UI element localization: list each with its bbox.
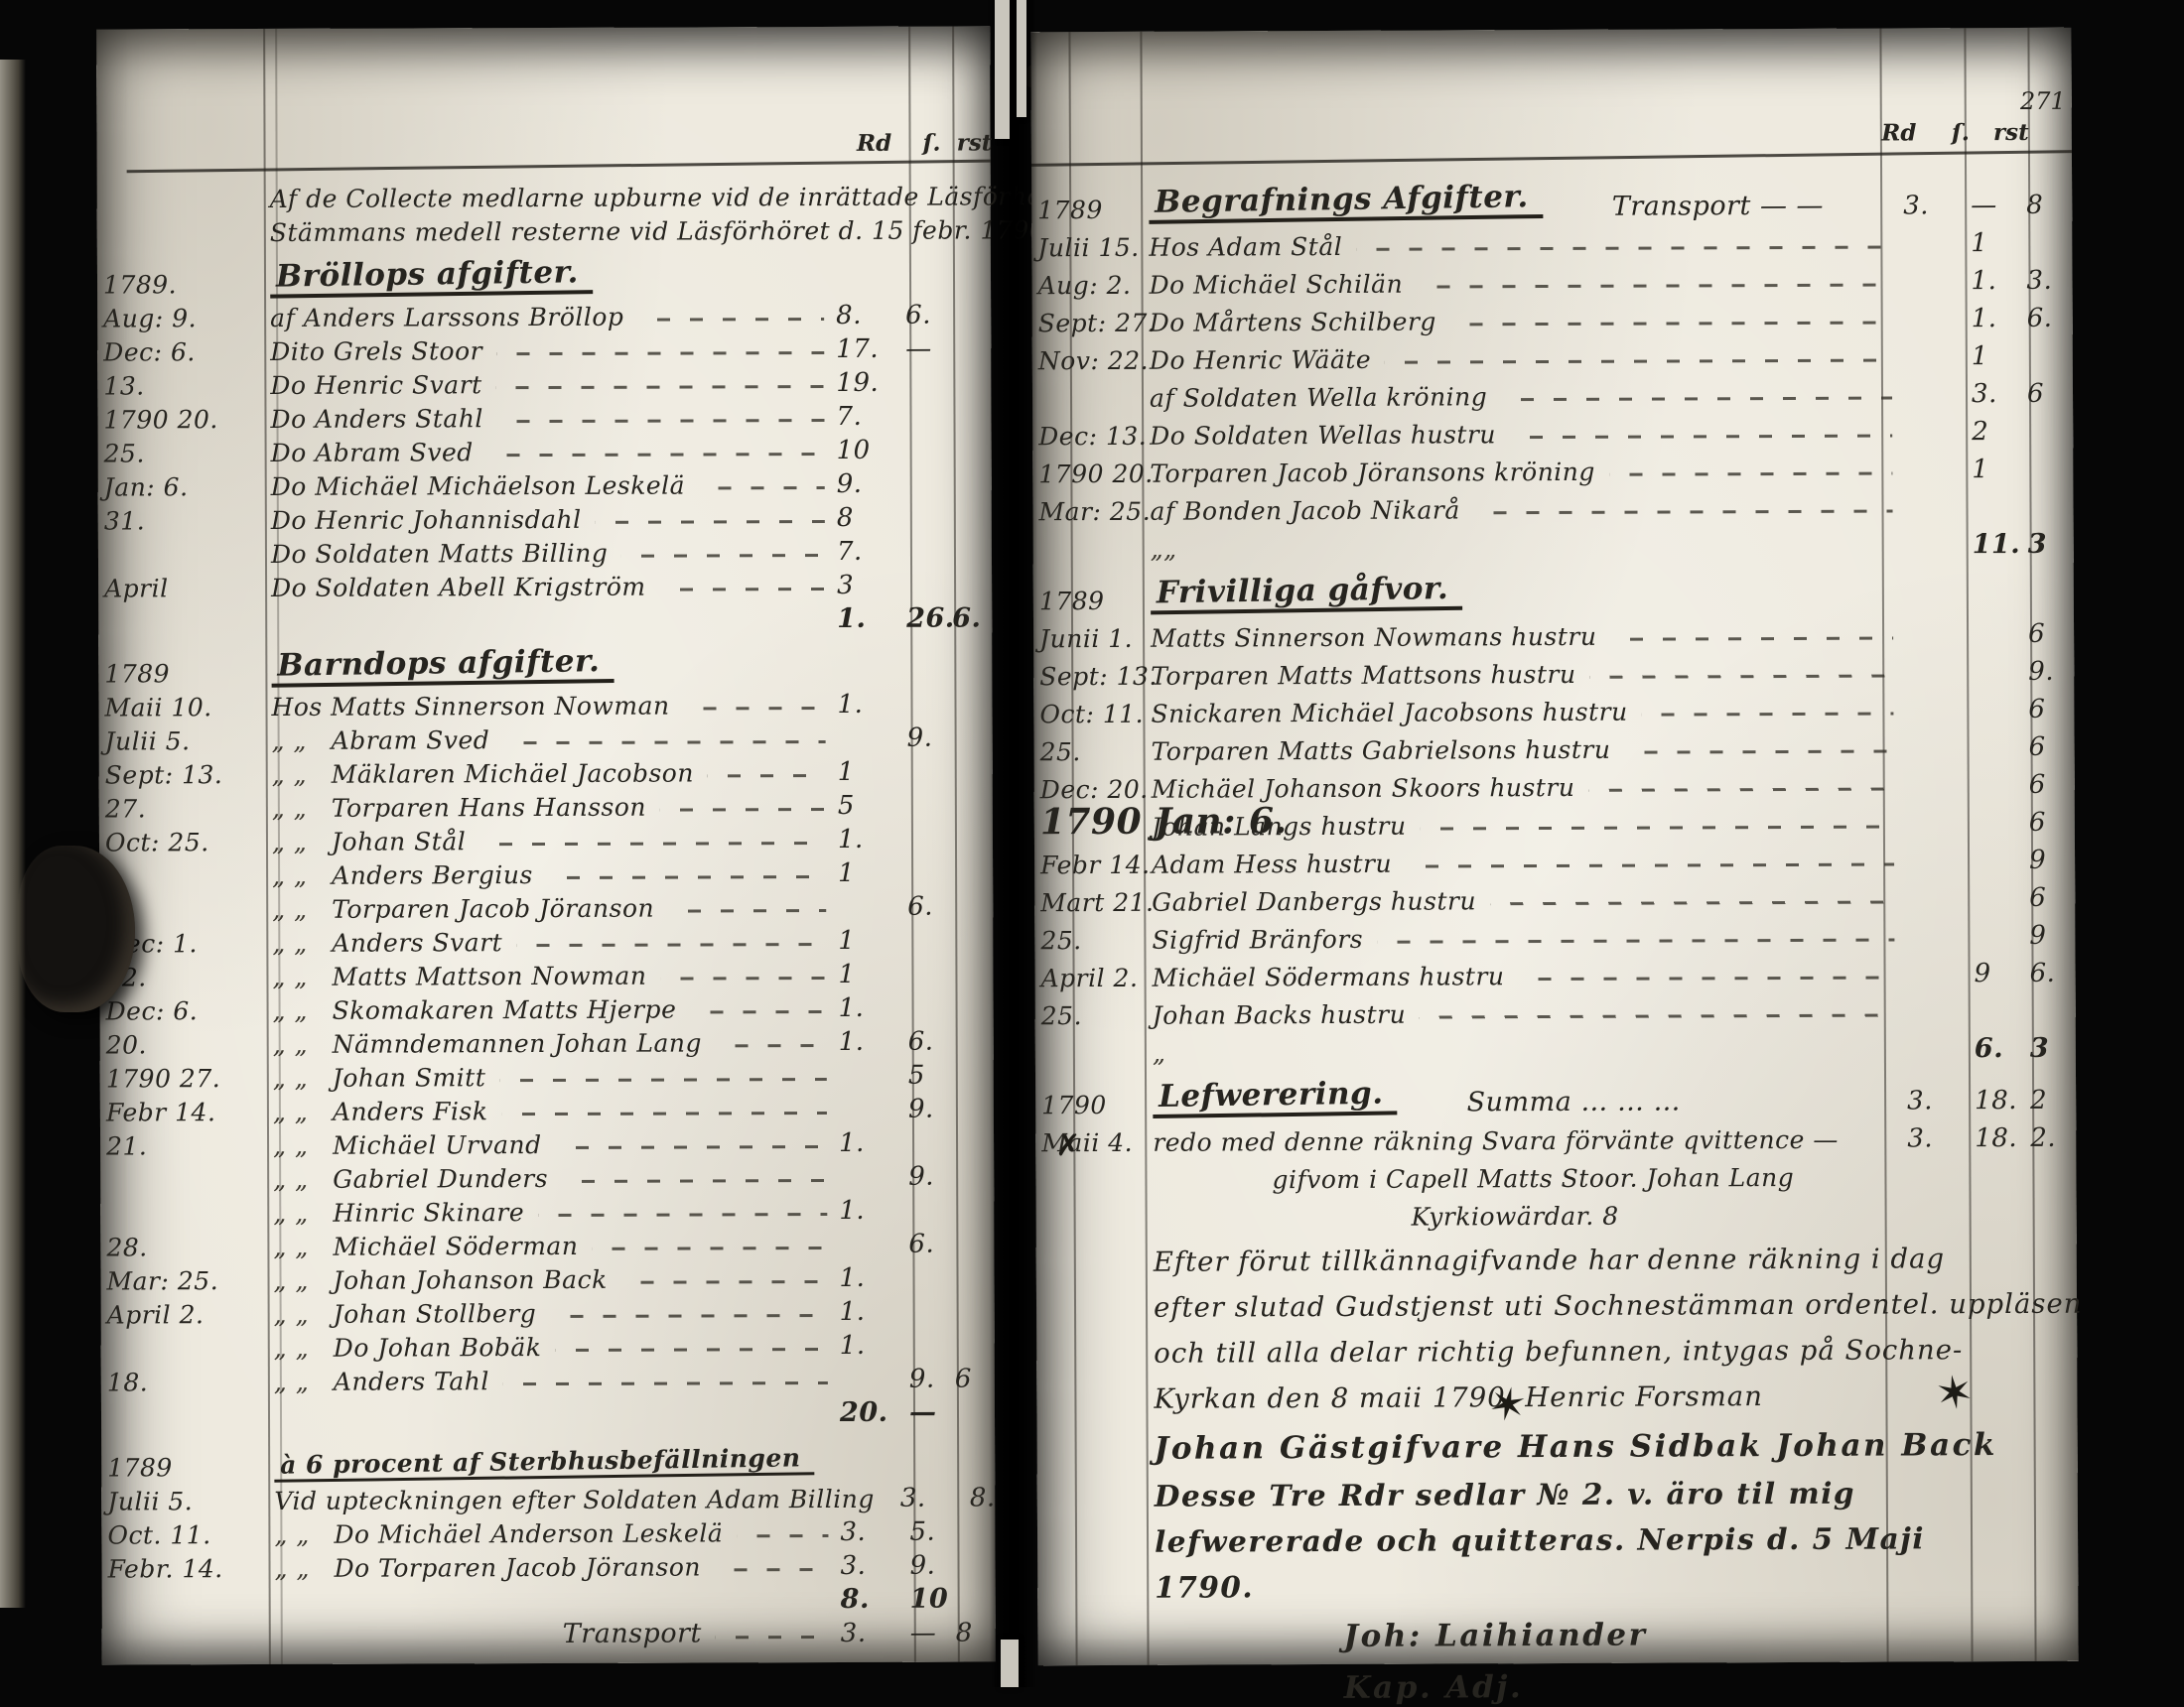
dash-leader bbox=[1450, 317, 1892, 330]
col-rst: rst bbox=[1988, 119, 2034, 146]
dash-leader bbox=[1356, 241, 1891, 255]
ledger-line: Nov: 22.Do Henric Wääte1 bbox=[1032, 331, 2073, 374]
amount-rd: 20. bbox=[840, 1399, 909, 1426]
ledger-line: Transport3.—8 bbox=[102, 1612, 996, 1648]
dash-leader bbox=[516, 938, 826, 951]
heading-note: Transport — — bbox=[1612, 193, 1824, 220]
amount-rd: 3. bbox=[841, 1621, 910, 1646]
amount-rst: 3. bbox=[2026, 268, 2072, 294]
amount-s: 1 bbox=[1972, 457, 2027, 482]
amount-s: 5. bbox=[909, 1519, 955, 1545]
ledger-line: 1790 27.„ „Johan Smitt5 bbox=[100, 1054, 994, 1091]
entry-text: Hinric Skinare bbox=[333, 1200, 524, 1226]
ledger-line: Joh: Laihiander bbox=[1037, 1598, 2078, 1654]
amount-s: 1 bbox=[1971, 230, 2026, 256]
entry-date: 25. bbox=[1034, 739, 1152, 765]
dash-leader bbox=[556, 1140, 828, 1153]
amount-s: 1. bbox=[1972, 306, 2027, 331]
entry-date: Mart 21. bbox=[1034, 890, 1152, 916]
entry-text: Do Mårtens Schilberg bbox=[1150, 310, 1436, 335]
ditto-marks: „ „ bbox=[272, 796, 332, 821]
ledger-line: Dec: 6.„ „Skomakaren Matts Hjerpe1. bbox=[100, 986, 994, 1023]
entry-text: Abram Sved bbox=[332, 727, 490, 753]
amount-rd: 1. bbox=[840, 1299, 909, 1325]
heading-note: Summa … … … bbox=[1467, 1088, 1682, 1116]
section-title: Begrafnings Afgifter. bbox=[1149, 182, 1543, 224]
amount-rst: 6 bbox=[955, 1366, 995, 1391]
amount-rd: 1. bbox=[838, 827, 907, 853]
ditto-marks: „ „ bbox=[272, 762, 332, 787]
entry-date: Oct: 11. bbox=[1033, 702, 1151, 727]
dash-leader bbox=[1590, 670, 1894, 683]
header-rule bbox=[1031, 150, 2072, 167]
dash-leader bbox=[496, 380, 825, 393]
dash-leader bbox=[1490, 896, 1894, 910]
entry-date: Julii 15. bbox=[1031, 235, 1149, 261]
entry-date: 1789 bbox=[1033, 589, 1151, 614]
entry-text: och till alla delar richtig befunnen, in… bbox=[1154, 1337, 1963, 1368]
entry-date: 1790 20. bbox=[97, 407, 270, 433]
dash-leader bbox=[550, 1309, 827, 1322]
entry-date: 31. bbox=[98, 508, 271, 534]
entry-text: 1790. bbox=[1155, 1572, 1254, 1602]
entry-text: Torparen Hans Hansson bbox=[332, 795, 646, 821]
section-heading: 1789Frivilliga gåfvor. bbox=[1033, 558, 2074, 614]
entry-text: Hos Adam Stål bbox=[1149, 234, 1342, 260]
amount-s: — bbox=[910, 1621, 956, 1646]
entry-text: Matts Mattson Nowman bbox=[332, 964, 646, 989]
amount-rd: 1 bbox=[838, 860, 907, 886]
dash-leader bbox=[1501, 392, 1892, 406]
dash-leader bbox=[547, 870, 826, 883]
ditto-marks: „ „ bbox=[272, 965, 332, 989]
amount-rst: 6 bbox=[2027, 381, 2073, 407]
cross-doodle: ✗ bbox=[1055, 1128, 1080, 1163]
entry-date: Aug: 2. bbox=[1031, 273, 1149, 299]
amount-s: 9. bbox=[908, 1097, 954, 1122]
ledger-line: Aug: 9.af Anders Larssons Bröllop8.6. bbox=[97, 294, 991, 330]
entry-text: Do Michäel Schilän bbox=[1149, 272, 1403, 298]
star-doodle: ✶ bbox=[1932, 1364, 1978, 1422]
ledger-line: 25.Johan Backs hustru bbox=[1035, 986, 2076, 1029]
entry-text: Anders Fisk bbox=[333, 1099, 488, 1124]
ledger-line: 20.„ „Nämndemannen Johan Lang1.6. bbox=[100, 1020, 994, 1057]
amount-s: 18. bbox=[1975, 1088, 2030, 1114]
ledger-line: lefwererade och quitteras. Nerpis d. 5 M… bbox=[1037, 1507, 2078, 1557]
entry-text: Do Soldaten Abell Krigström bbox=[271, 575, 646, 600]
dash-leader bbox=[592, 1242, 827, 1254]
page-right: Rd ſ. rst 271 1789Begrafnings Afgifter.T… bbox=[1030, 28, 2078, 1666]
entry-text: Kyrkan den 8 maii 1790. Henric Forsman bbox=[1154, 1383, 1763, 1413]
amount-s: 9. bbox=[909, 1553, 955, 1579]
ledger-line: Sept: 13.„ „Mäklaren Michäel Jacobson1 bbox=[99, 750, 993, 787]
ledger-line: Desse Tre Rdr sedlar № 2. v. äro til mig bbox=[1037, 1461, 2078, 1511]
entry-text: Matts Sinnerson Nowmans hustru bbox=[1151, 624, 1596, 651]
amount-rd: 3. bbox=[840, 1553, 909, 1579]
entry-text: Do Torparen Jacob Jöranson bbox=[334, 1554, 701, 1580]
amount-rd: 10 bbox=[837, 438, 906, 463]
amount-s: 9. bbox=[907, 725, 953, 751]
entry-text: Skomakaren Matts Hjerpe bbox=[333, 997, 677, 1023]
section-title: Frivilliga gåfvor. bbox=[1151, 574, 1463, 615]
entry-text: Do Johan Bobäk bbox=[334, 1335, 542, 1361]
ledger-line: Aug: 2.Do Michäel Schilän1.3. bbox=[1031, 256, 2072, 299]
dash-leader bbox=[503, 1377, 828, 1389]
dash-leader bbox=[596, 515, 825, 528]
amount-s: 9. bbox=[908, 1164, 954, 1190]
ledger-line: 25.Sigfrid Bränfors9 bbox=[1034, 911, 2075, 954]
ledger-line: af Soldaten Wella kröning3.6 bbox=[1032, 369, 2073, 412]
col-rd: Rd bbox=[1865, 119, 1933, 146]
ledger-line: Oct: 25.„ „Johan Stål1. bbox=[99, 818, 993, 854]
ledger-line: Dec: 6.Dito Grels Stoor17.— bbox=[97, 328, 991, 364]
entry-date: 13. bbox=[97, 373, 270, 399]
entry-text: Adam Hess hustru bbox=[1152, 852, 1392, 877]
ditto-marks: „ bbox=[1153, 1041, 1186, 1066]
entry-text: Michäel Söderman bbox=[333, 1234, 578, 1259]
entry-date: 1790 20. bbox=[1032, 461, 1150, 487]
amount-rst: 9 bbox=[2029, 848, 2075, 873]
ledger-line: Dec: 1.„ „Anders Svart1 bbox=[99, 919, 993, 956]
entry-text: Michäel Södermans hustru bbox=[1153, 964, 1505, 990]
entry-date: Dec: 6. bbox=[100, 998, 273, 1024]
dash-leader bbox=[496, 346, 824, 359]
entry-date: 1789. bbox=[97, 272, 270, 298]
ledger-line: Mart 21.Gabriel Danbergs hustru6 bbox=[1034, 873, 2075, 916]
dash-leader bbox=[1377, 934, 1894, 948]
entry-text: redo med denne räkning Svara förvänte qv… bbox=[1153, 1127, 1839, 1155]
amount-s: 3. bbox=[1972, 381, 2027, 407]
entry-date: Dec: 20. bbox=[1034, 777, 1152, 803]
amount-rd: 1 bbox=[838, 928, 907, 954]
entry-date: Julii 5. bbox=[99, 728, 272, 754]
ledger-line: 27.„ „Torparen Hans Hansson5 bbox=[99, 784, 993, 821]
entry-date bbox=[102, 1648, 275, 1649]
entry-text: Michäel Urvand bbox=[333, 1132, 542, 1158]
entry-date: April 2. bbox=[1035, 966, 1153, 991]
amount-s: 9 bbox=[1975, 961, 2030, 986]
entry-date: Sept: 13. bbox=[1033, 664, 1151, 690]
dash-leader bbox=[499, 1073, 826, 1086]
amount-rst: 9 bbox=[2029, 923, 2075, 949]
amount-s: 6. bbox=[908, 1029, 954, 1055]
dash-leader bbox=[487, 448, 825, 460]
entry-text: Torparen Jacob Jöransons kröning bbox=[1150, 460, 1595, 486]
amount-rst: 2. bbox=[2030, 1125, 2076, 1151]
ledger-line: Julii 5.„ „Abram Sved9. bbox=[99, 717, 993, 753]
ledger-line: Af de Collecte medlarne upburne vid de i… bbox=[97, 175, 991, 211]
section-title: Bröllops afgifter. bbox=[270, 257, 593, 299]
amount-rst: 3 bbox=[2028, 531, 2074, 558]
ledger-line: 1790 Jan: 6.Johan Langs hustru6 bbox=[1034, 798, 2075, 841]
book-gutter bbox=[990, 0, 1037, 1687]
entry-text: Johan Langs hustru bbox=[1152, 814, 1407, 840]
ledger-line: Kyrkiowärdar. 8 bbox=[1036, 1189, 2077, 1232]
scanned-ledger-spread: Räkning öfver Lazaretts medlen influtne … bbox=[0, 0, 2184, 1687]
entry-text: Johan Backs hustru bbox=[1153, 1002, 1407, 1028]
amount-rst: 3 bbox=[2030, 1035, 2076, 1062]
entry-date: 1789 bbox=[1031, 197, 1149, 223]
dash-leader bbox=[555, 1343, 827, 1356]
section-heading: 1790Lefwerering.Summa … … …3.18.2 bbox=[1035, 1062, 2076, 1118]
entry-text: Torparen Jacob Jöranson bbox=[332, 896, 654, 922]
ledger-line: 1790 20.Do Anders Stahl7. bbox=[97, 395, 991, 432]
entry-date: Dec: 6. bbox=[97, 339, 270, 365]
amount-rd: 8 bbox=[837, 505, 906, 531]
ledger-line: 25.Do Abram Sved10 bbox=[98, 429, 992, 465]
header-rule bbox=[127, 160, 991, 174]
amount-s: — bbox=[909, 1399, 955, 1426]
amount-s: 9. bbox=[909, 1367, 955, 1392]
ledger-line: Julii 5.Vid upteckningen efter Soldaten … bbox=[101, 1477, 995, 1513]
ledger-line: „ „Hinric Skinare1. bbox=[100, 1189, 994, 1226]
dash-leader bbox=[1624, 745, 1893, 758]
dash-leader bbox=[1420, 1009, 1895, 1023]
ditto-marks: „ „ bbox=[273, 1167, 333, 1192]
entry-text: Sigfrid Bränfors bbox=[1152, 927, 1363, 953]
ditto-marks: „ „ bbox=[272, 830, 332, 854]
amount-rd: 1. bbox=[839, 1265, 908, 1291]
entry-text: Torparen Matts Mattsons hustru bbox=[1151, 662, 1575, 689]
amount-rst: 6 bbox=[2029, 810, 2075, 836]
entry-text: Do Henric Johannisdahl bbox=[271, 507, 582, 533]
amount-rd: 8. bbox=[841, 1586, 910, 1613]
entry-text: Johan Johanson Back bbox=[333, 1267, 607, 1293]
entry-date: 27. bbox=[99, 796, 272, 822]
entry-text: Do Michäel Anderson Leskelä bbox=[334, 1520, 723, 1546]
dash-leader bbox=[637, 313, 824, 326]
entry-text: Stämmans medell resterne vid Läsförhöret… bbox=[270, 217, 1045, 245]
amount-rst: 9. bbox=[2028, 659, 2074, 685]
ledger-line: 25.Torparen Matts Gabrielsons hustru6 bbox=[1033, 722, 2074, 765]
entry-date: Maii 10. bbox=[98, 695, 271, 721]
amount-rd: 1. bbox=[840, 1333, 909, 1359]
amount-s: 26. bbox=[906, 605, 952, 632]
entry-text: Kap. Adj. bbox=[1344, 1672, 1524, 1687]
amount-s: 6. bbox=[905, 303, 951, 328]
amount-rd: 8. bbox=[836, 303, 905, 328]
ledger-line: Sept: 13.Torparen Matts Mattsons hustru9… bbox=[1033, 647, 2074, 690]
amount-s: 1 bbox=[1972, 343, 2027, 369]
ditto-marks: „ „ bbox=[273, 1268, 333, 1293]
ledger-line: „ „Torparen Jacob Jöranson6. bbox=[99, 885, 993, 922]
ledger-line: Maii 10.Hos Matts Sinnerson Nowman1. bbox=[98, 683, 992, 720]
page-number: 271 bbox=[2020, 87, 2066, 115]
ledger-line: „6.3 bbox=[1035, 1024, 2076, 1067]
amount-rd: 9. bbox=[837, 471, 906, 497]
amount-rst: 2 bbox=[2030, 1088, 2076, 1114]
ledger-line: „ „Do Johan Bobäk1. bbox=[101, 1324, 995, 1361]
dash-leader bbox=[660, 583, 826, 595]
entry-date: Febr 14. bbox=[100, 1100, 273, 1125]
dash-leader bbox=[1421, 821, 1894, 835]
ditto-marks: „ „ bbox=[272, 728, 332, 753]
entry-date: Junii 1. bbox=[1033, 626, 1151, 652]
entry-text: Efter förut tillkännagifvande har denne … bbox=[1154, 1246, 1945, 1276]
entry-text: Desse Tre Rdr sedlar № 2. v. äro til mig bbox=[1155, 1478, 1855, 1510]
ditto-marks: „ „ bbox=[272, 931, 332, 956]
entry-date: 1790 bbox=[1035, 1093, 1153, 1118]
entry-date: Mar: 25. bbox=[1032, 499, 1150, 525]
ledger-line: 18.„ „Anders Tahl9.6 bbox=[101, 1358, 995, 1394]
entry-text: Michäel Johanson Skoors hustru bbox=[1152, 775, 1575, 802]
ditto-marks: „ „ bbox=[273, 998, 333, 1023]
amount-s: 1. bbox=[1971, 268, 2026, 294]
entry-text: Do Anders Stahl bbox=[270, 406, 482, 432]
page-edge-sliver bbox=[0, 60, 26, 1608]
entry-date: Sept: 13. bbox=[99, 762, 272, 788]
dash-leader bbox=[1588, 783, 1893, 796]
ledger-line: 1.26.6. bbox=[98, 597, 992, 634]
ditto-marks: „ „ bbox=[274, 1336, 334, 1361]
amount-rd: 3. bbox=[900, 1486, 970, 1511]
col-s: ſ. bbox=[908, 130, 954, 157]
ditto-marks: „ „ bbox=[273, 1066, 333, 1091]
ledger-line: Dec: 13.Do Soldaten Wellas hustru2 bbox=[1032, 407, 2073, 450]
entry-text: Dito Grels Stoor bbox=[270, 338, 482, 364]
binding-tape bbox=[1017, 0, 1026, 117]
amount-s: 18. bbox=[1975, 1125, 2030, 1151]
ledger-line: AprilDo Soldaten Abell Krigström3 bbox=[98, 564, 992, 600]
entry-text: Nämndemannen Johan Lang bbox=[333, 1030, 702, 1056]
dash-leader bbox=[1610, 632, 1893, 645]
ledger-line: „ „Gabriel Dunders9. bbox=[100, 1155, 994, 1192]
amount-s: 11. bbox=[1973, 531, 2028, 558]
ledger-line: 31.Do Henric Johannisdahl8 bbox=[98, 496, 992, 533]
ledger-lines-right: 1789Begrafnings Afgifter.Transport — —3.… bbox=[1031, 167, 2079, 1687]
ledger-line: 28.„ „Michäel Söderman6. bbox=[100, 1223, 994, 1259]
ditto-marks: „„ bbox=[1151, 537, 1184, 562]
ditto-marks: „ „ bbox=[274, 1370, 334, 1394]
entry-date: Jan: 6. bbox=[98, 474, 271, 500]
dash-leader bbox=[621, 549, 825, 562]
dash-leader bbox=[716, 1631, 829, 1642]
section-heading: 1789Barndops afgifter. bbox=[98, 631, 992, 686]
ledger-line: Maii 4.redo med denne räkning Svara förv… bbox=[1035, 1114, 2076, 1156]
dash-leader bbox=[699, 481, 825, 493]
entry-text: lefwererade och quitteras. Nerpis d. 5 M… bbox=[1155, 1523, 1925, 1556]
amount-s: 10 bbox=[910, 1586, 956, 1613]
entry-text: Johan Stål bbox=[332, 829, 466, 853]
entry-date: 1789 bbox=[101, 1455, 274, 1481]
ledger-line: Do Soldaten Matts Billing7. bbox=[98, 530, 992, 567]
dash-leader bbox=[501, 1107, 827, 1119]
amount-rd: 3. bbox=[1907, 1125, 1975, 1151]
dash-leader bbox=[1510, 430, 1892, 444]
dash-leader bbox=[684, 702, 826, 714]
dash-leader bbox=[690, 1005, 826, 1017]
amount-s: — bbox=[1971, 193, 2026, 218]
ledger-line: Febr 14.„ „Anders Fisk9. bbox=[100, 1088, 994, 1124]
amount-s: 6. bbox=[907, 894, 953, 920]
entry-text: Torparen Matts Gabrielsons hustru bbox=[1152, 737, 1611, 764]
ledger-line: 8.10 bbox=[102, 1578, 996, 1615]
ledger-line: 22.„ „Matts Mattson Nowman1 bbox=[99, 953, 993, 989]
ditto-marks: „ „ bbox=[273, 1100, 333, 1124]
amount-rd: 1 bbox=[838, 962, 907, 987]
dash-leader bbox=[621, 1275, 828, 1288]
dash-leader bbox=[562, 1174, 827, 1187]
entry-date: Dec: 13. bbox=[1032, 424, 1150, 450]
entry-text: Transport bbox=[563, 1620, 702, 1646]
section-title: Barndops afgifter. bbox=[271, 646, 614, 688]
ditto-marks: „ „ bbox=[272, 863, 332, 888]
amount-s: 2 bbox=[1972, 419, 2027, 445]
entry-date: Mar: 25. bbox=[100, 1268, 273, 1294]
entry-date: Sept: 27. bbox=[1032, 311, 1150, 336]
ledger-line: Kap. Adj. bbox=[1038, 1649, 2079, 1687]
entry-date: Oct: 25. bbox=[99, 830, 272, 855]
section-title: à 6 procent af Sterbhusbefällningen bbox=[274, 1445, 815, 1483]
entry-date: Maii 4. bbox=[1035, 1130, 1153, 1156]
amount-s: 5 bbox=[908, 1063, 954, 1089]
dash-leader bbox=[538, 1208, 827, 1221]
dash-leader bbox=[479, 837, 826, 850]
entry-date: Julii 5. bbox=[101, 1489, 274, 1514]
entry-date: 20. bbox=[100, 1032, 273, 1058]
section-heading: 1789Begrafnings Afgifter.Transport — —3.… bbox=[1031, 167, 2072, 223]
amount-rd: 7. bbox=[836, 404, 905, 430]
dash-leader bbox=[1406, 858, 1894, 872]
amount-rst: 6 bbox=[2029, 734, 2075, 760]
entry-text: Johan Gästgifvare Hans Sidbak Johan Back bbox=[1155, 1430, 1997, 1465]
section-heading: 1789à 6 procent af Sterbhusbefällningen bbox=[101, 1425, 995, 1480]
ledger-line: Stämmans medell resterne vid Läsförhöret… bbox=[97, 208, 991, 245]
book-clasp bbox=[18, 846, 135, 1012]
dash-leader bbox=[497, 414, 825, 427]
amount-rst: 8 bbox=[2026, 193, 2072, 218]
ledger-line: Mar: 25.af Bonden Jacob Nikarå bbox=[1032, 482, 2073, 525]
col-rd: Rd bbox=[839, 130, 908, 157]
entry-text: Kyrkiowärdar. 8 bbox=[1412, 1204, 1619, 1230]
entry-text: Vid upteckningen efter Soldaten Adam Bil… bbox=[274, 1487, 875, 1513]
entry-date: 1790 Jan: 6. bbox=[1034, 804, 1152, 841]
entry-date: 28. bbox=[100, 1235, 273, 1260]
dash-leader bbox=[737, 1529, 828, 1541]
amount-rd: 17. bbox=[836, 336, 905, 362]
ledger-line: Sept: 27.Do Mårtens Schilberg1.6. bbox=[1032, 294, 2073, 336]
amount-s: 6. bbox=[1975, 1035, 2030, 1062]
amount-rd: 3 bbox=[837, 573, 906, 598]
ledger-line: Oct. 11.„ „Do Michäel Anderson Leskelä3.… bbox=[101, 1510, 995, 1547]
ledger-line: „ „Anders Bergius1 bbox=[99, 852, 993, 888]
entry-text: Johan Stollberg bbox=[334, 1301, 537, 1327]
dash-leader bbox=[668, 904, 826, 917]
entry-date: Febr 14. bbox=[1034, 853, 1152, 878]
amount-rst: 6. bbox=[2027, 306, 2073, 331]
ledger-line: Junii 1.Matts Sinnerson Nowmans hustru6 bbox=[1033, 609, 2074, 652]
amount-rd: 1. bbox=[839, 1198, 908, 1224]
ledger-line: 1790. bbox=[1037, 1552, 2078, 1603]
amount-rst: 6 bbox=[2028, 697, 2074, 722]
entry-date: April 2. bbox=[101, 1302, 274, 1328]
binding-tape bbox=[1001, 1640, 1019, 1687]
ditto-marks: „ „ bbox=[274, 1302, 334, 1327]
entry-text: efter slutad Gudstjenst uti Sochnestämma… bbox=[1154, 1290, 2083, 1322]
ledger-line: Julii 15.Hos Adam Stål1 bbox=[1031, 218, 2072, 261]
amount-rd: 1. bbox=[839, 995, 908, 1021]
entry-text: Do Henric Svart bbox=[270, 372, 481, 398]
binding-tape bbox=[995, 0, 1010, 139]
entry-date: 1789 bbox=[98, 661, 271, 687]
ledger-line: Johan Gästgifvare Hans Sidbak Johan Back bbox=[1036, 1409, 2077, 1466]
amount-s: — bbox=[905, 336, 951, 362]
entry-text: af Soldaten Wella kröning bbox=[1150, 384, 1487, 410]
dash-leader bbox=[715, 1563, 829, 1575]
ledger-line: Kyrkan den 8 maii 1790. Henric Forsman bbox=[1036, 1364, 2077, 1414]
ditto-marks: „ „ bbox=[274, 1522, 334, 1547]
ledger-line: efter slutad Gudstjenst uti Sochnestämma… bbox=[1036, 1272, 2077, 1323]
